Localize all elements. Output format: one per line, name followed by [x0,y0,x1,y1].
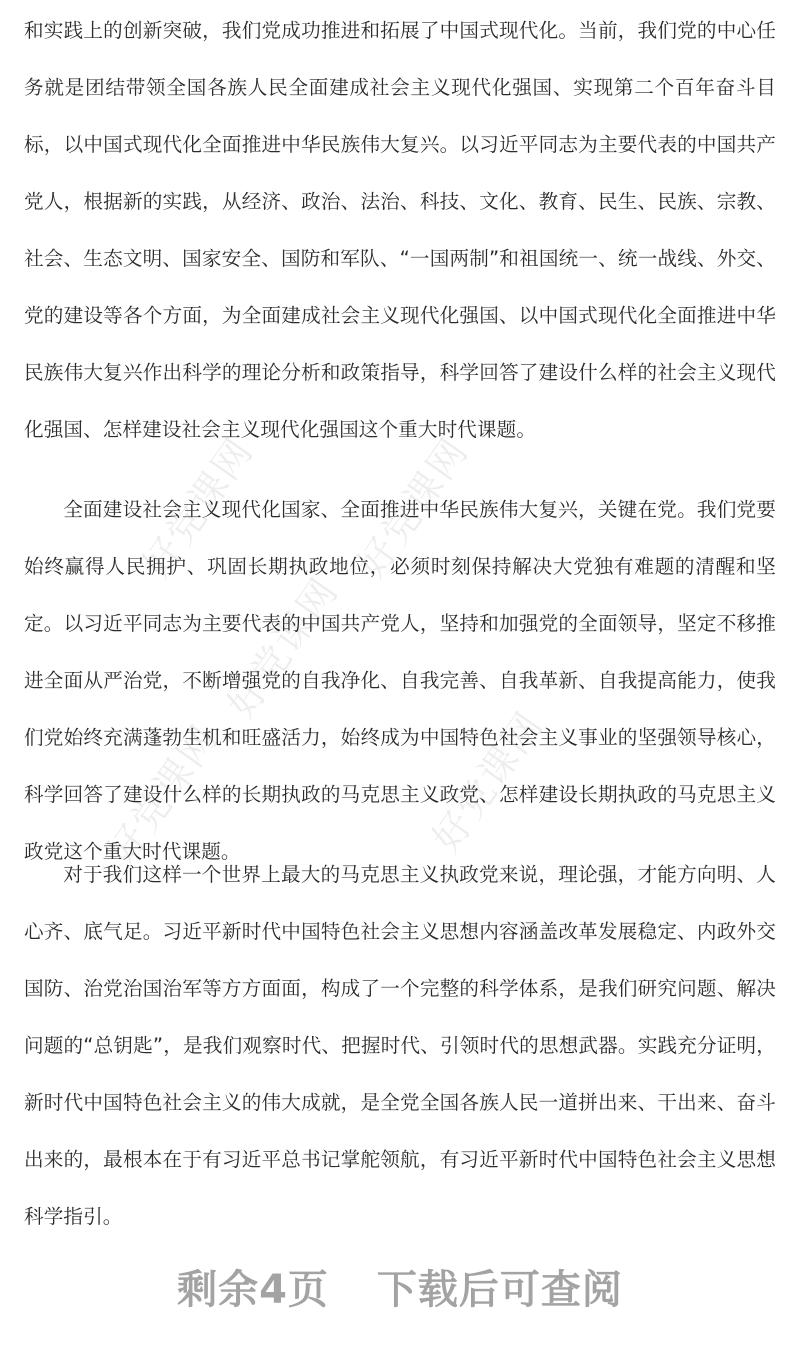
document-page: 和实践上的创新突破，我们党成功推进和拓展了中国式现代化。当前，我们党的中心任务就… [0,0,800,1364]
paragraph-1: 和实践上的创新突破，我们党成功推进和拓展了中国式现代化。当前，我们党的中心任务就… [24,2,776,458]
paragraph-3: 对于我们这样一个世界上最大的马克思主义执政党来说，理论强，才能方向明、人心齐、底… [24,846,776,1245]
download-more-banner[interactable]: 剩余4页下载后可查阅 [0,1258,800,1315]
remaining-pages-label: 剩余4页 [177,1267,329,1313]
paragraph-2: 全面建设社会主义现代化国家、全面推进中华民族伟大复兴，关键在党。我们党要始终赢得… [24,481,776,880]
download-to-view-link[interactable]: 下载后可查阅 [377,1267,623,1313]
